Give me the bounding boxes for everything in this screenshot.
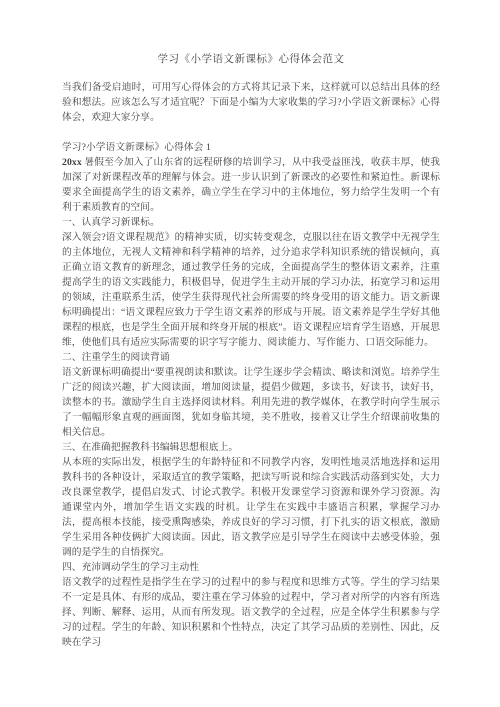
section-3-heading: 三、在准确把握教科书编辑思想根底上。	[62, 440, 440, 455]
opening-paragraph-bold-lead: 20xx	[62, 157, 82, 168]
intro-paragraph: 当我们备受启迪时，可用写心得体会的方式将其记录下来，这样就可以总结出具体的经验和…	[62, 80, 440, 125]
article-section-title: 学习?小学语文新课标》心得体会 1	[62, 140, 440, 155]
section-3-body: 从本班的实际出发，根据学生的年龄特征和不同教学内容，发明性地灵活地选择和运用教科…	[62, 455, 440, 560]
opening-paragraph: 20xx 暑假至今加入了山东省的远程研修的培训学习，从中我受益匪浅，收获丰厚，使…	[62, 155, 440, 215]
opening-paragraph-text: 暑假至今加入了山东省的远程研修的培训学习，从中我受益匪浅，收获丰厚，使我加深了对…	[62, 157, 440, 213]
section-2-heading: 二、注重学生的阅读背诵	[62, 350, 440, 365]
section-1-body: 深入领会?语文课程规范》的精神实质，切实转变观念，克服以往在语文教学中无视学生的…	[62, 230, 440, 350]
section-4-heading: 四、充沛调动学生的学习主动性	[62, 560, 440, 575]
document-title: 学习《小学语文新课标》心得体会范文	[62, 52, 440, 67]
section-2-body: 语文新课标明确提出“要重视朗读和默读。让学生逐步学会精读、略读和浏览。培养学生广…	[62, 365, 440, 440]
section-1-heading: 一、认真学习新课标。	[62, 215, 440, 230]
section-4-body: 语文教学的过程性是指学生在学习的过程中的参与程度和思维方式等。学生的学习结果不一…	[62, 575, 440, 650]
document-page: 学习《小学语文新课标》心得体会范文 当我们备受启迪时，可用写心得体会的方式将其记…	[0, 0, 500, 707]
